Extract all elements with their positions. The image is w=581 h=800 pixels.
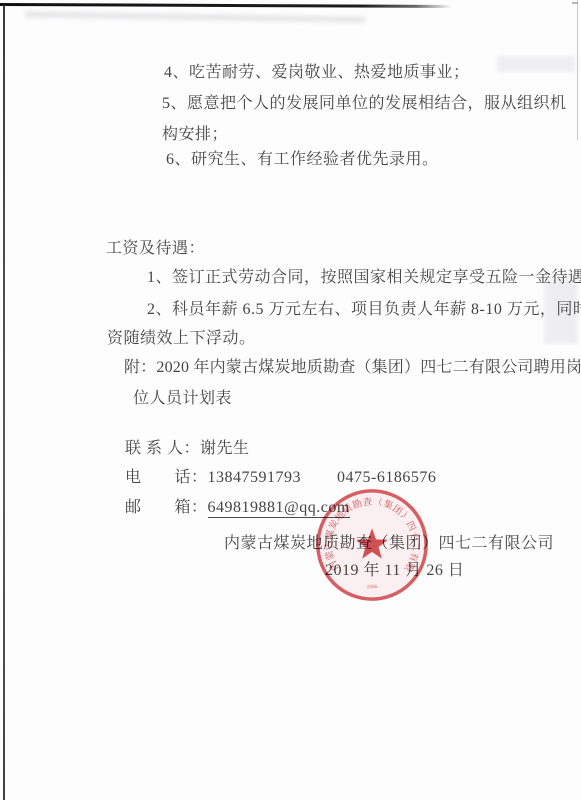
scan-edge-top [0, 3, 452, 8]
salary-item-1: 1、签订正式劳动合同，按照国家相关规定享受五险一金待遇。 [147, 268, 581, 287]
attachment-note-line-1: 附：2020 年内蒙古煤炭地质勘查（集团）四七二有限公司聘用岗 [124, 358, 581, 377]
official-seal: 内蒙古煤炭地质勘查（集团）四七二有限公司 1505 [313, 486, 431, 604]
salary-item-2-line-1: 2、科员年薪 6.5 万元左右、项目负责人年薪 8-10 万元，同时薪 [147, 300, 581, 319]
requirement-item-5-line-2: 构安排； [162, 125, 228, 144]
contact-phone-landline: 0475-6186576 [337, 469, 436, 486]
scan-artifact [497, 56, 575, 72]
requirement-item-5-line-1: 5、愿意把个人的发展同单位的发展相结合，服从组织机 [162, 94, 567, 113]
contact-email-label: 邮 箱： [125, 499, 208, 516]
scan-edge-left [3, 5, 5, 800]
attachment-note-line-2: 位人员计划表 [133, 389, 232, 408]
scan-edge-right [577, 0, 578, 140]
scanned-document-page: 4、吃苦耐劳、爱岗敬业、热爱地质事业； 5、愿意把个人的发展同单位的发展相结合，… [0, 0, 581, 800]
requirement-item-4: 4、吃苦耐劳、爱岗敬业、热爱地质事业； [164, 63, 470, 82]
salary-item-2-line-2: 资随绩效上下浮动。 [107, 329, 256, 348]
salary-section-heading: 工资及待遇： [106, 239, 205, 258]
scan-artifact [25, 11, 365, 22]
requirement-item-6: 6、研究生、有工作经验者优先录用。 [166, 150, 439, 169]
